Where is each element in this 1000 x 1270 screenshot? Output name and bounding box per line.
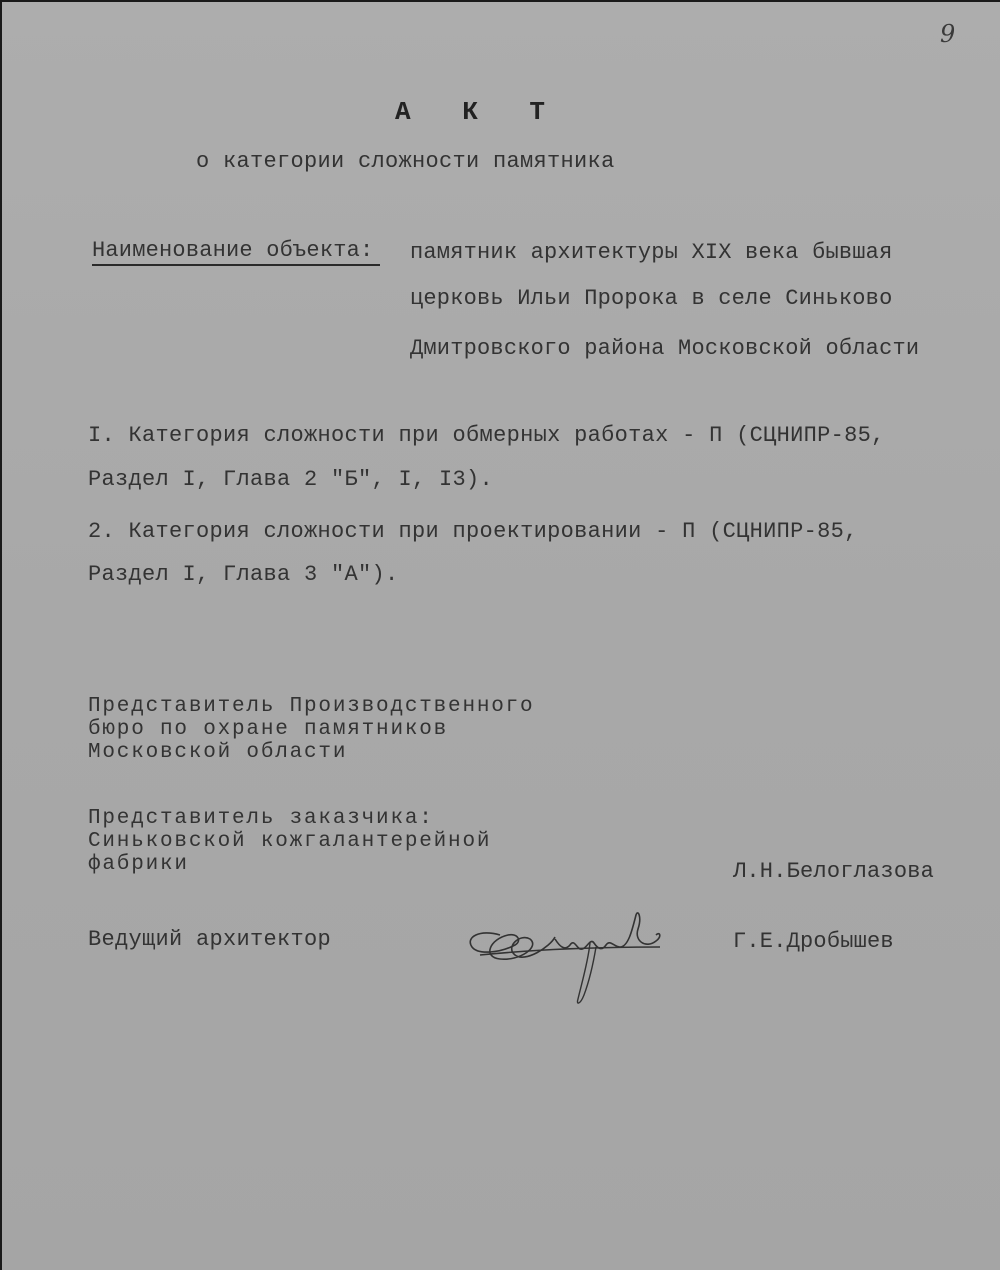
category-item-design: 2. Категория сложности при проектировани… (88, 519, 858, 544)
customer-representative-name: Л.Н.Белоглазова (733, 859, 934, 884)
object-label: Наименование объекта: (92, 238, 373, 263)
category-item-measurement: I. Категория сложности при обмерных рабо… (88, 423, 885, 448)
category-item-measurement-ref: Раздел I, Глава 2 "Б", I, I3). (88, 467, 493, 492)
handwritten-signature (460, 907, 690, 1007)
document-subtitle: о категории сложности памятника (196, 149, 615, 174)
architect-name: Г.Е.Дробышев (733, 929, 894, 954)
architect-role: Ведущий архитектор (88, 927, 331, 952)
category-item-design-ref: Раздел I, Глава 3 "А"). (88, 562, 399, 587)
bureau-representative-line: Представитель Производственного (88, 695, 534, 718)
customer-representative-line: фабрики (88, 853, 189, 876)
object-label-underline (92, 264, 380, 266)
object-description-line: Дмитровского района Московской области (410, 336, 919, 361)
document-page: 9 А К Т о категории сложности памятника … (0, 0, 1000, 1270)
object-description-line: церковь Ильи Пророка в селе Синьково (410, 286, 892, 311)
document-title: А К Т (395, 97, 563, 127)
bureau-representative-line: Московской области (88, 741, 347, 764)
bureau-representative-line: бюро по охране памятников (88, 718, 448, 741)
customer-representative-line: Представитель заказчика: (88, 807, 434, 830)
customer-representative-line: Синьковской кожгалантерейной (88, 830, 491, 853)
page-number: 9 (940, 20, 956, 48)
object-description-line: памятник архитектуры XIX века бывшая (410, 240, 892, 265)
